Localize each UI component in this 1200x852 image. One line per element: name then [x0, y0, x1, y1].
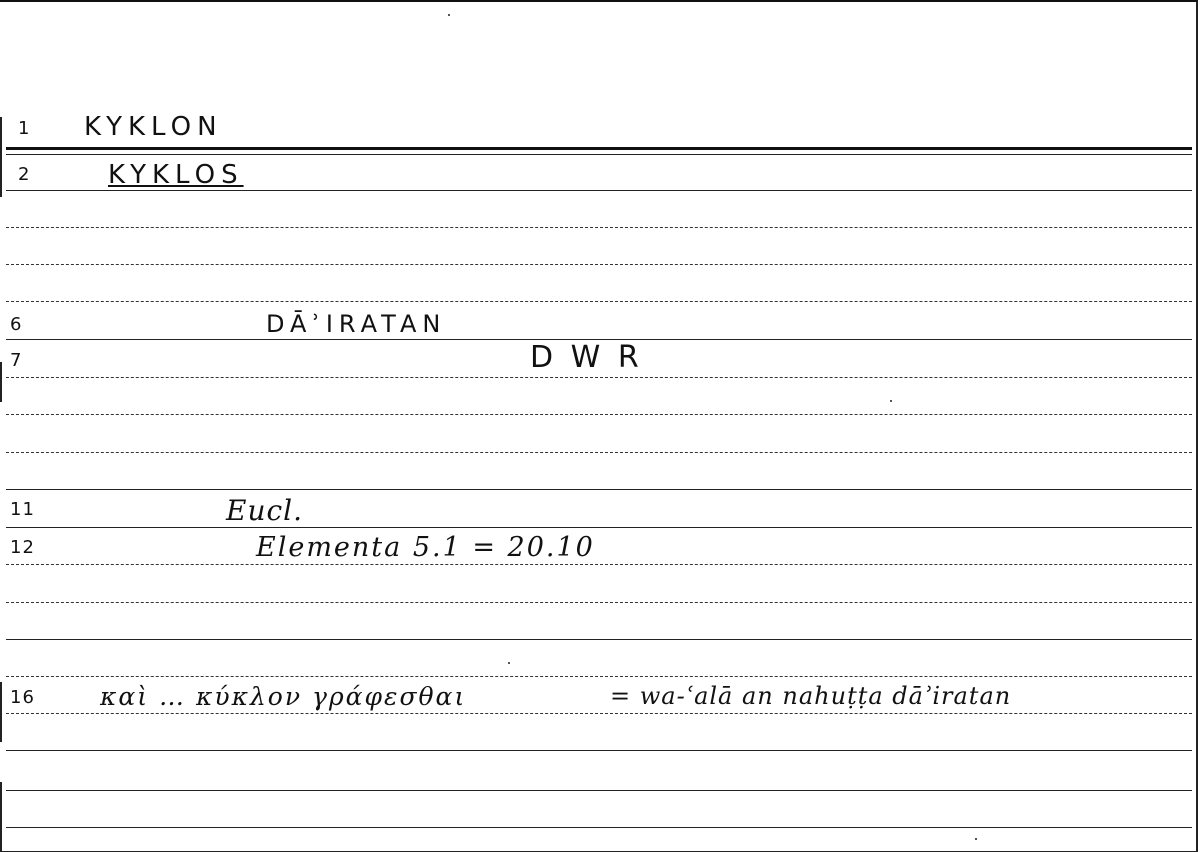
ruled-line: [6, 264, 1192, 265]
ruled-line: [6, 452, 1192, 453]
ruled-line: [6, 713, 1192, 714]
ruled-line: [6, 190, 1192, 191]
scan-speck: [448, 14, 450, 16]
left-border: [0, 362, 2, 402]
ruled-line: [6, 564, 1192, 565]
line-number: 7: [10, 350, 22, 371]
line-number: 6: [10, 314, 22, 335]
greek-quotation: καὶ … κύκλον γράφεσθαι: [100, 682, 466, 711]
ruled-line: [6, 414, 1192, 415]
handwritten-entry: Eucl.: [226, 494, 303, 527]
handwritten-entry: DĀʾIRATAN: [266, 310, 446, 338]
ruled-line: [6, 790, 1192, 791]
ruled-line: [6, 301, 1192, 302]
ruled-line: [6, 676, 1192, 677]
ruled-line: [6, 639, 1192, 640]
ruled-line: [6, 827, 1192, 828]
ruled-line: [6, 750, 1192, 751]
line-number: 12: [10, 537, 35, 558]
ruled-line: [6, 602, 1192, 603]
line-number: 2: [18, 164, 30, 185]
handwritten-entry: KYKLON: [84, 112, 223, 142]
handwritten-entry: Elementa 5.1 = 20.10: [256, 532, 595, 563]
scan-speck: [890, 400, 892, 402]
ruled-line: [6, 227, 1192, 228]
ruled-line: [6, 527, 1192, 528]
scan-speck: [508, 662, 510, 664]
line-number: 16: [10, 687, 35, 708]
left-border: [0, 782, 2, 851]
line-number: 1: [18, 118, 30, 139]
ruled-line: [6, 489, 1192, 490]
ruled-line: [6, 377, 1192, 378]
left-border: [0, 682, 2, 742]
handwritten-entry: D W R: [530, 340, 643, 375]
left-border: [0, 117, 2, 197]
arabic-transliteration: = wa-ʿalā an nahuṭṭa dāʾiratan: [610, 682, 1011, 710]
index-card: 1 KYKLON 2 KYKLOS 6 DĀʾIRATAN 7 D W R 11…: [0, 0, 1198, 852]
ruled-line: [6, 147, 1192, 150]
handwritten-entry: KYKLOS: [108, 160, 244, 190]
line-number: 11: [10, 499, 35, 520]
scan-speck: [975, 838, 977, 840]
ruled-line: [6, 154, 1192, 155]
